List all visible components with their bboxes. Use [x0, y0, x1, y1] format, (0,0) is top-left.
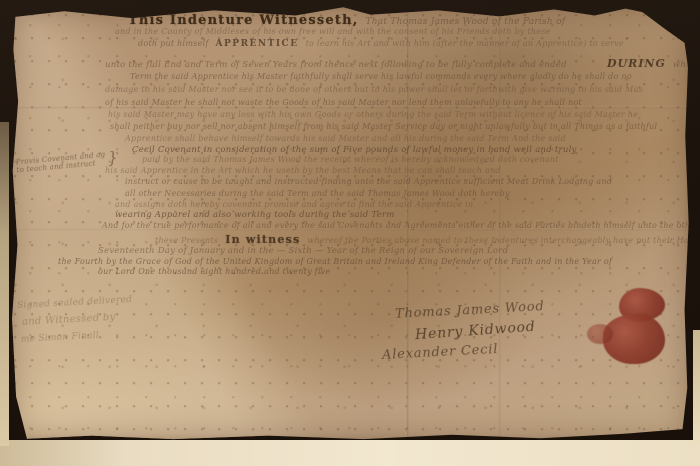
witness-note-line: Signed sealed delivered: [17, 295, 132, 311]
document-line: our Lord One thousand eight hundred and …: [98, 267, 330, 276]
signature: Thomas James Wood: [395, 299, 545, 322]
witness-attestation-note: Signed sealed delivered and Witnessed by…: [17, 295, 134, 345]
document-line: damage to his said Master nor see it to …: [105, 85, 643, 94]
document-line: all other Necessaries during the said Te…: [125, 189, 510, 198]
margin-note-brace: }: [107, 148, 119, 168]
document-line: whereof the Parties above named to these…: [307, 236, 700, 245]
document-line: which: [673, 60, 700, 70]
mat-left-edge: [0, 122, 9, 446]
document-line: That Thomas James Wood of the Parish of: [366, 17, 566, 27]
document-title: This Indenture Witnesseth,: [128, 13, 359, 28]
printed-word-during: DURING: [607, 57, 666, 70]
margin-note: Provis Covenant and ag to teach and inst…: [15, 148, 118, 176]
wax-seal-smudge: [587, 324, 613, 344]
wax-seal: [585, 288, 680, 368]
document-line: Term the said Apprentice his Master fait…: [130, 72, 632, 81]
document-line: to learn his Art and with him (after the…: [306, 39, 624, 48]
witness-note-line: and Witnessed by: [22, 311, 134, 328]
witness-note-line: me Simon Finall: [21, 329, 134, 345]
printed-word-apprentice: APPRENTICE: [216, 39, 299, 49]
document-line: of his said Master he shall not waste th…: [105, 98, 582, 107]
mat-right-edge: [693, 330, 700, 444]
printed-word-in-witness: In witness: [225, 233, 300, 246]
document-line: Cecil Covenant in consideration of the s…: [132, 145, 577, 155]
document-line: doth put himself: [138, 39, 209, 48]
document-line: these Presents: [155, 236, 218, 245]
wax-seal-lower-blob: [603, 314, 665, 364]
document-line: And for the true performance of all and …: [102, 221, 700, 230]
document-line: the Fourth by the Grace of God of the Un…: [58, 257, 612, 266]
indenture-document: This Indenture Witnesseth, That Thomas J…: [10, 6, 690, 440]
document-line: Apprentice shall behave himself towards …: [125, 134, 566, 143]
document-line: his said Apprentice in the Art which he …: [105, 166, 501, 175]
document-line: Seventeenth Day of January and in the — …: [98, 246, 508, 256]
wax-seal-upper-blob: [619, 288, 665, 322]
signature: Henry Kidwood: [415, 319, 536, 343]
document-line: shall neither buy nor sell nor absent hi…: [110, 122, 657, 131]
document-line: paid by the said Thomas James Wood the r…: [142, 155, 559, 164]
document-line: instruct or cause to be taught and instr…: [125, 177, 612, 186]
photo-frame: This Indenture Witnesseth, That Thomas J…: [0, 0, 700, 466]
document-line: his said Master may have any loss with h…: [108, 110, 638, 119]
document-line: wearing Apparel and also working tools d…: [115, 210, 395, 220]
signature: Alexander Cecil: [382, 342, 499, 363]
document-line: and assigns doth hereby covenant promise…: [115, 200, 473, 209]
mat-bottom-edge: [0, 440, 700, 466]
document-line: and in the County of Middlesex of his ow…: [115, 27, 551, 36]
document-line: unto the full End and Term of Seven Year…: [105, 60, 600, 70]
